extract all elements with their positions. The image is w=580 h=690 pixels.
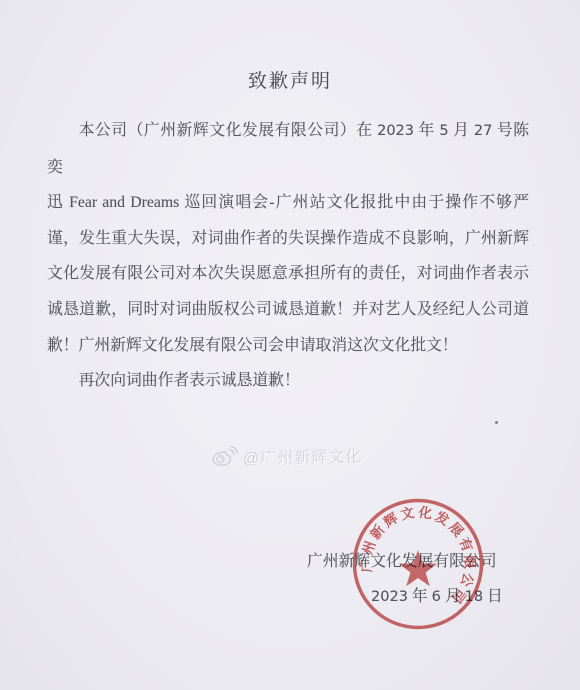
body-line: 再次向词曲作者表示诚恳道歉！ xyxy=(47,363,529,399)
body-line: 迅 Fear and Dreams 巡回演唱会-广州站文化报批中由于操作不够严 xyxy=(47,185,529,221)
seal-star xyxy=(399,550,437,586)
document-title: 致歉声明 xyxy=(0,66,580,93)
ink-speck xyxy=(495,421,498,424)
document-body: 本公司（广州新辉文化发展有限公司）在 2023 年 5 月 27 号陈奕迅 Fe… xyxy=(47,113,529,399)
body-line: 文化发展有限公司对本次失误愿意承担所有的责任，对词曲作者表示 xyxy=(47,256,529,292)
body-line: 诚恳道歉，同时对词曲版权公司诚恳道歉！并对艺人及经纪人公司道 xyxy=(47,292,529,328)
body-line: 谨，发生重大失误，对词曲作者的失误操作造成不良影响，广州新辉 xyxy=(47,221,529,257)
body-line: 歉！广州新辉文化发展有限公司会申请取消这次文化批文！ xyxy=(47,328,529,364)
company-seal: 广州新辉文化发展有限公司 xyxy=(348,494,488,634)
weibo-icon xyxy=(211,445,238,470)
apology-document-page: 致歉声明 本公司（广州新辉文化发展有限公司）在 2023 年 5 月 27 号陈… xyxy=(0,0,580,690)
weibo-watermark-text: @广州新辉文化 xyxy=(243,443,363,468)
body-line: 本公司（广州新辉文化发展有限公司）在 2023 年 5 月 27 号陈奕 xyxy=(47,113,529,185)
weibo-watermark: @广州新辉文化 xyxy=(211,441,363,470)
